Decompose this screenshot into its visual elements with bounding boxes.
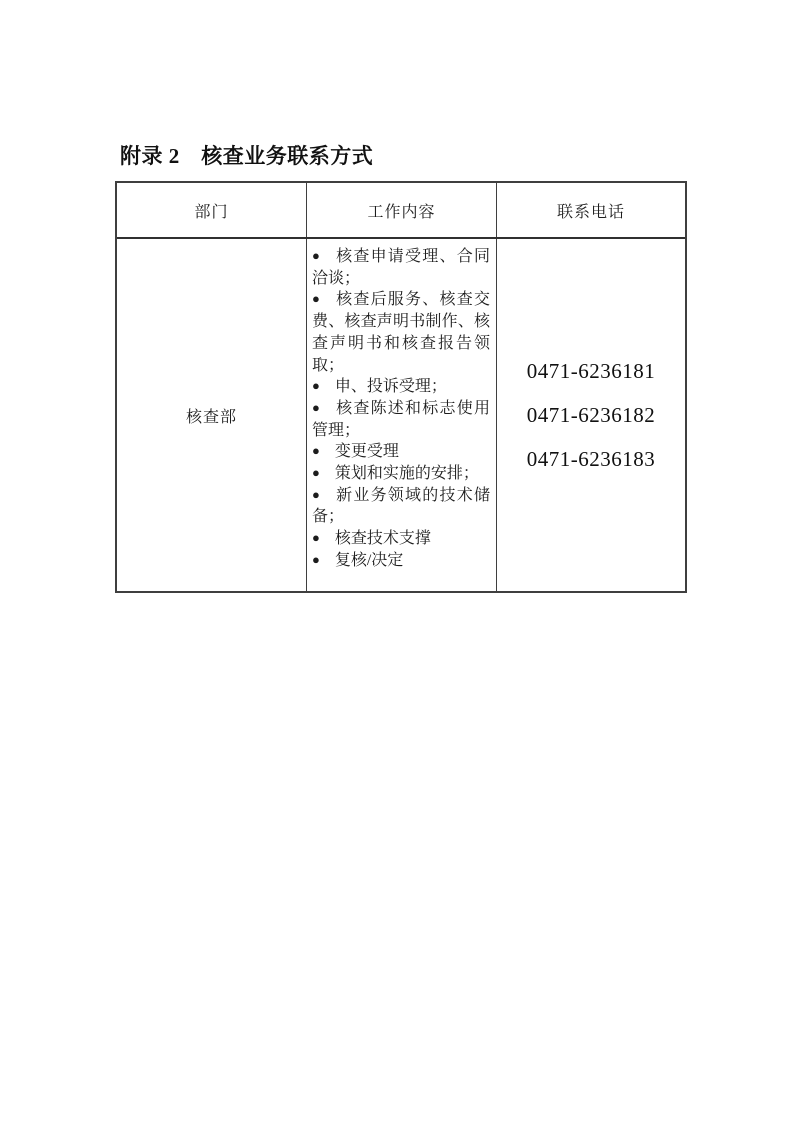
work-item-text: 变更受理 [335, 443, 399, 460]
work-item: ●申、投诉受理； [312, 376, 490, 398]
header-cell-work: 工作内容 [306, 183, 496, 237]
work-item: ●核查技术支撑 [312, 528, 490, 550]
phone-number: 0471-6236182 [527, 403, 656, 428]
header-cell-phone: 联系电话 [496, 183, 685, 237]
header-label-phone: 联系电话 [557, 199, 625, 222]
work-item: ●核查申请受理、合同洽谈； [312, 246, 490, 289]
work-item-text: 核查后服务、核查交费、核查声明书制作、核查声明书和核查报告领取； [312, 291, 490, 373]
page-title: 附录 2 核查业务联系方式 [120, 140, 373, 170]
header-cell-department: 部门 [117, 183, 306, 237]
phone-number: 0471-6236181 [527, 359, 656, 384]
work-item-text: 申、投诉受理； [335, 378, 447, 395]
bullet-icon: ● [312, 288, 320, 310]
work-item: ●复核/决定 [312, 550, 490, 572]
work-item: ●新业务领域的技术储备； [312, 485, 490, 528]
table-body-row: 核查部 ●核查申请受理、合同洽谈； ●核查后服务、核查交费、核查声明书制作、核查… [117, 239, 685, 591]
work-item-text: 复核/决定 [335, 552, 403, 569]
work-item: ●核查后服务、核查交费、核查声明书制作、核查声明书和核查报告领取； [312, 289, 490, 376]
bullet-icon: ● [312, 440, 320, 462]
work-item-text: 策划和实施的安排； [335, 465, 479, 482]
bullet-icon: ● [312, 549, 320, 571]
work-item-text: 新业务领域的技术储备； [312, 487, 490, 526]
work-item: ●核查陈述和标志使用管理； [312, 398, 490, 441]
department-name: 核查部 [186, 404, 237, 427]
table-header-row: 部门 工作内容 联系电话 [117, 183, 685, 239]
header-label-work: 工作内容 [367, 199, 435, 222]
work-content-cell: ●核查申请受理、合同洽谈； ●核查后服务、核查交费、核查声明书制作、核查声明书和… [306, 239, 496, 591]
work-item-text: 核查申请受理、合同洽谈； [312, 248, 490, 287]
bullet-icon: ● [312, 527, 320, 549]
bullet-icon: ● [312, 484, 320, 506]
department-cell: 核查部 [117, 239, 306, 591]
document-page: 附录 2 核查业务联系方式 部门 工作内容 联系电话 核查部 ●核查申请受理、合… [0, 0, 800, 1131]
bullet-icon: ● [312, 397, 320, 419]
header-label-department: 部门 [194, 199, 228, 222]
bullet-icon: ● [312, 245, 320, 267]
phone-cell: 0471-6236181 0471-6236182 0471-6236183 [496, 239, 685, 591]
work-item-text: 核查技术支撑 [335, 530, 431, 547]
bullet-icon: ● [312, 462, 320, 484]
bullet-icon: ● [312, 375, 320, 397]
contacts-table: 部门 工作内容 联系电话 核查部 ●核查申请受理、合同洽谈； ●核查后服务、核查… [115, 181, 687, 593]
work-item: ●策划和实施的安排； [312, 463, 490, 485]
work-item: ●变更受理 [312, 441, 490, 463]
phone-number: 0471-6236183 [527, 447, 656, 472]
work-item-text: 核查陈述和标志使用管理； [312, 400, 490, 439]
